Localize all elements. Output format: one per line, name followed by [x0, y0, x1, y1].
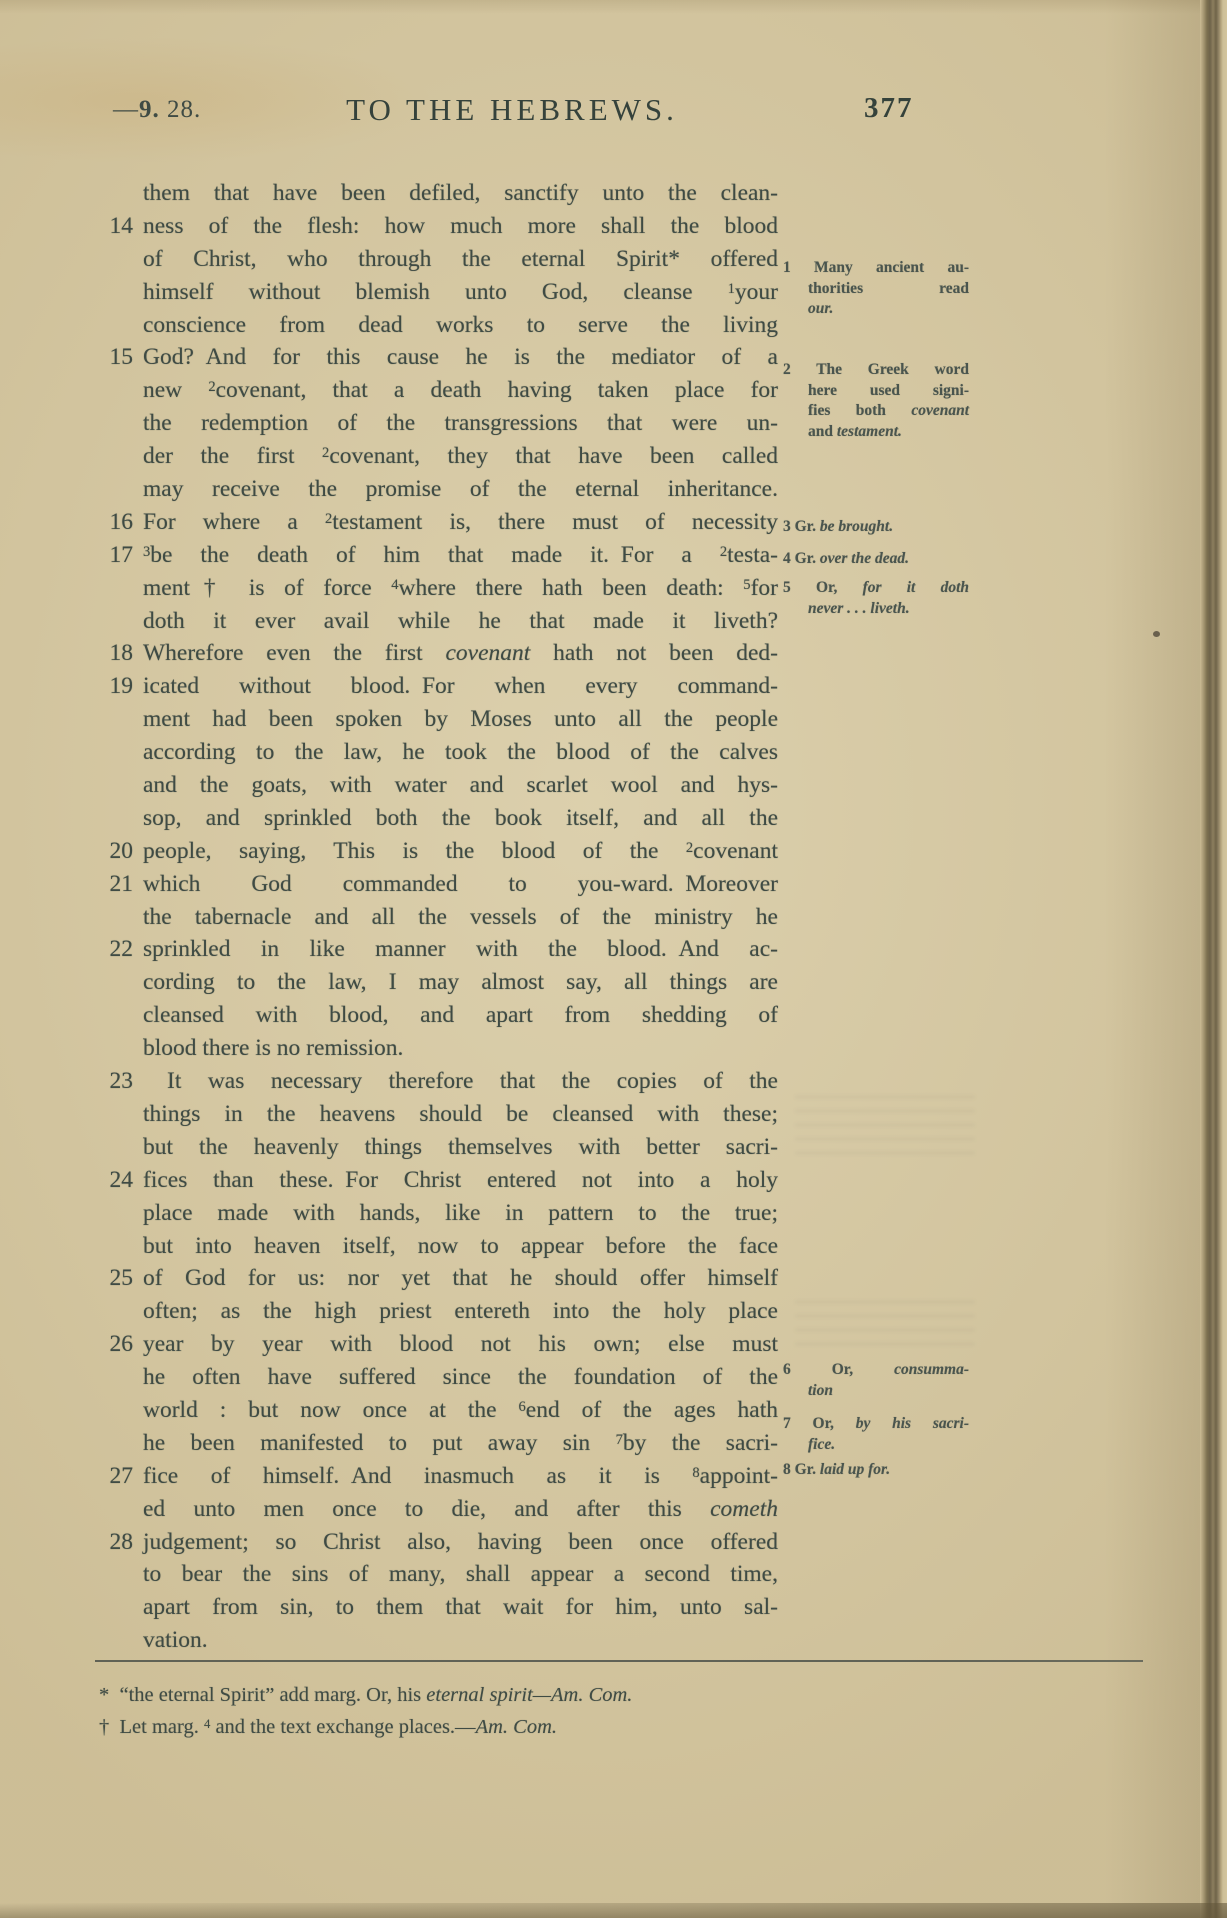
verse-number: 24 [95, 1167, 133, 1194]
verse-text: but into heaven itself, now to appear be… [143, 1233, 778, 1260]
ink-speck [1153, 631, 1160, 637]
text-segment: Gr. [795, 1461, 820, 1478]
text-line: them that have been defiled, sanctify un… [95, 180, 778, 213]
text-segment: them that have been defiled, sanctify un… [143, 180, 778, 206]
text-segment: may receive the promise of the eternal i… [143, 476, 778, 502]
text-line: conscience from dead works to serve the … [95, 312, 778, 345]
verse-text: and the goats, with water and scarlet wo… [143, 772, 778, 799]
verse-text: himself without blemish unto God, cleans… [143, 279, 778, 306]
text-segment: icated without blood. For when every com… [143, 673, 778, 699]
verse-text: people, saying, This is the blood of the… [143, 838, 778, 865]
text-line: often; as the high priest entereth into … [95, 1298, 778, 1331]
superscript-ref: 2 [720, 544, 727, 560]
text-line: but the heavenly things themselves with … [95, 1134, 778, 1167]
margin-note: 6 Or, consumma-tion [783, 1360, 969, 1401]
text-line: things in the heavens should be cleansed… [95, 1101, 778, 1134]
text-segment: eternal spirit—Am. Com. [426, 1684, 632, 1706]
superscript-ref: 4 [204, 1717, 210, 1731]
margin-note-line: fies both covenant [783, 401, 969, 422]
text-segment: Gr. [795, 550, 820, 567]
page-number: 377 [864, 92, 914, 125]
verse-text: blood there is no remission. [143, 1035, 778, 1062]
text-segment: 28. [160, 96, 202, 123]
verse-text: vation. [143, 1627, 778, 1654]
verse-text: the tabernacle and all the vessels of th… [143, 904, 778, 931]
text-line: 24fices than these. For Christ entered n… [95, 1167, 778, 1200]
margin-note-line: 8 Gr. laid up for. [783, 1460, 969, 1481]
text-segment: ness of the flesh: how much more shall t… [143, 213, 778, 239]
margin-note-line: 1 Many ancient au- [783, 258, 969, 279]
margin-note: 7 Or, by his sacri-fice. [783, 1414, 969, 1455]
verse-text: according to the law, he took the blood … [143, 739, 778, 766]
text-segment: Or, [832, 1361, 894, 1378]
text-line: 19icated without blood. For when every c… [95, 673, 778, 706]
footnote-dagger: † Let marg. 4 and the text exchange plac… [99, 1716, 1109, 1739]
text-segment: fice of himself. And inasmuch as it is [143, 1463, 692, 1489]
verse-number: 28 [95, 1529, 133, 1556]
verse-text: may receive the promise of the eternal i… [143, 476, 778, 503]
text-segment: fice. [808, 1436, 835, 1453]
text-segment: hath not been ded- [530, 640, 778, 666]
text-segment: blood there is no remission. [143, 1035, 403, 1061]
text-segment: he often have suffered since the foundat… [143, 1364, 778, 1390]
margin-note-line: never . . . liveth. [783, 599, 969, 620]
margin-note: 5 Or, for it dothnever . . . liveth. [783, 578, 969, 619]
text-segment: laid up for. [820, 1461, 890, 1478]
show-through-smudge [795, 1300, 975, 1356]
text-segment: our. [808, 300, 833, 317]
verse-text: year by year with blood not his own; els… [143, 1331, 778, 1358]
margin-note: 8 Gr. laid up for. [783, 1460, 969, 1481]
text-segment: where there hath been death: [399, 575, 744, 601]
margin-note-number: 2 [783, 361, 816, 378]
text-segment: appoint- [700, 1463, 778, 1489]
text-segment: For where a [143, 509, 325, 535]
verse-text: ment† is of force 4where there hath been… [143, 575, 778, 602]
text-line: doth it ever avail while he that made it… [95, 608, 778, 641]
text-line: cleansed with blood, and apart from shed… [95, 1002, 778, 1035]
text-segment: he been manifested to put away sin [143, 1430, 616, 1456]
margin-note-line: 3 Gr. be brought. [783, 517, 969, 538]
text-line: 22sprinkled in like manner with the bloo… [95, 936, 778, 969]
verse-number: 22 [95, 936, 133, 963]
verse-number: 16 [95, 509, 133, 536]
text-line: 15God? And for this cause he is the medi… [95, 344, 778, 377]
margin-note: 3 Gr. be brought. [783, 517, 969, 538]
verse-text: judgement; so Christ also, having been o… [143, 1529, 778, 1556]
text-line: 23It was necessary therefore that the co… [95, 1068, 778, 1101]
text-line: 27fice of himself. And inasmuch as it is… [95, 1463, 778, 1496]
verse-text: them that have been defiled, sanctify un… [143, 180, 778, 207]
text-line: ment had been spoken by Moses unto all t… [95, 706, 778, 739]
margin-note-line: our. [783, 299, 969, 320]
superscript-ref: 6 [519, 1399, 526, 1415]
verse-text: cording to the law, I may almost say, al… [143, 969, 778, 996]
text-segment: Gr. [795, 518, 820, 535]
margin-note-number: 5 [783, 579, 816, 596]
text-segment: consumma- [894, 1361, 969, 1378]
text-line: new 2covenant, that a death having taken… [95, 377, 778, 410]
text-segment: Wherefore even the first [143, 640, 445, 666]
text-line: of Christ, who through the eternal Spiri… [95, 246, 778, 279]
verse-text: God? And for this cause he is the mediat… [143, 344, 778, 371]
text-segment: tion [808, 1382, 833, 1399]
text-segment: fices than these. For Christ entered not… [143, 1167, 778, 1193]
text-segment: never . . . liveth. [808, 600, 910, 617]
text-line: ment† is of force 4where there hath been… [95, 575, 778, 608]
text-line: may receive the promise of the eternal i… [95, 476, 778, 509]
text-line: 20people, saying, This is the blood of t… [95, 838, 778, 871]
text-segment: world : but now once at the [143, 1397, 519, 1423]
text-segment: to bear the sins of many, shall appear a… [143, 1561, 778, 1587]
text-line: and the goats, with water and scarlet wo… [95, 772, 778, 805]
text-segment: testament. [837, 423, 902, 440]
superscript-ref: 5 [743, 577, 750, 593]
text-segment: sprinkled in like manner with the blood.… [143, 936, 778, 962]
footnote-asterisk: * “the eternal Spirit” add marg. Or, his… [99, 1684, 1109, 1707]
verse-number: 17 [95, 542, 133, 569]
margin-note-line: here used signi- [783, 381, 969, 402]
verse-number: 21 [95, 871, 133, 898]
verse-text: ness of the flesh: how much more shall t… [143, 213, 778, 240]
verse-number: 14 [95, 213, 133, 240]
superscript-ref: 3 [143, 544, 150, 560]
text-segment: but the heavenly things themselves with … [143, 1134, 778, 1160]
text-segment: according to the law, he took the blood … [143, 739, 778, 765]
text-line: der the first 2covenant, they that have … [95, 443, 778, 476]
verse-text: sop, and sprinkled both the book itself,… [143, 805, 778, 832]
text-segment: covenant [445, 640, 530, 666]
text-segment: himself without blemish unto God, cleans… [143, 279, 728, 305]
margin-note-line: and testament. [783, 422, 969, 443]
text-segment: of Christ, who through the eternal Spiri… [143, 246, 778, 272]
margin-note-number: 4 [783, 550, 795, 567]
verse-text: place made with hands, like in pattern t… [143, 1200, 778, 1227]
verse-text: icated without blood. For when every com… [143, 673, 778, 700]
verse-text: of Christ, who through the eternal Spiri… [143, 246, 778, 273]
text-segment: testa- [727, 542, 778, 568]
text-segment: covenant [693, 838, 778, 864]
text-segment: Am. Com. [476, 1716, 557, 1738]
margin-note-line: 2 The Greek word [783, 360, 969, 381]
text-segment: which God commanded to you-ward. Moreove… [143, 871, 778, 897]
verse-text: ed unto men once to die, and after this … [143, 1496, 778, 1523]
text-segment: cording to the law, I may almost say, al… [143, 969, 778, 995]
text-segment: It was necessary therefore that the copi… [167, 1068, 778, 1094]
verse-text: he been manifested to put away sin 7by t… [143, 1430, 778, 1457]
text-line: blood there is no remission. [95, 1035, 778, 1068]
verse-number: 26 [95, 1331, 133, 1358]
text-line: he often have suffered since the foundat… [95, 1364, 778, 1397]
text-segment: Or, [813, 1415, 856, 1432]
text-line: 25of God for us: nor yet that he should … [95, 1265, 778, 1298]
verse-text: world : but now once at the 6end of the … [143, 1397, 778, 1424]
verse-number: 27 [95, 1463, 133, 1490]
text-segment: Many ancient au- [814, 259, 969, 276]
verse-text: things in the heavens should be cleansed… [143, 1101, 778, 1128]
margin-note-number: 3 [783, 518, 795, 535]
verse-text: doth it ever avail while he that made it… [143, 608, 778, 635]
text-segment: and the text exchange places.— [210, 1716, 475, 1738]
superscript-ref: 1 [728, 281, 735, 297]
verse-number: 18 [95, 640, 133, 667]
text-line: apart from sin, to them that wait for hi… [95, 1594, 778, 1627]
text-segment: † Let marg. [99, 1716, 204, 1738]
verse-text: new 2covenant, that a death having taken… [143, 377, 778, 404]
verse-text: It was necessary therefore that the copi… [143, 1068, 778, 1095]
text-segment: by the sacri- [623, 1430, 778, 1456]
text-segment: and [808, 423, 837, 440]
text-segment: fies both [808, 402, 911, 419]
text-line: vation. [95, 1627, 778, 1660]
text-segment: by his sacri- [856, 1415, 969, 1432]
text-segment: end of the ages hath [526, 1397, 778, 1423]
verse-number: 20 [95, 838, 133, 865]
margin-note-line: 5 Or, for it doth [783, 578, 969, 599]
superscript-ref: 8 [692, 1465, 699, 1481]
main-text-column: them that have been defiled, sanctify un… [95, 180, 778, 1660]
margin-note: 2 The Greek wordhere used signi-fies bot… [783, 360, 969, 442]
verse-text: cleansed with blood, and apart from shed… [143, 1002, 778, 1029]
book-page-edge-right [1200, 0, 1227, 1918]
verse-text: the redemption of the transgressions tha… [143, 410, 778, 437]
verse-text: 3be the death of him that made it. For a… [143, 542, 778, 569]
text-line: ed unto men once to die, and after this … [95, 1496, 778, 1529]
verse-text: fice of himself. And inasmuch as it is 8… [143, 1463, 778, 1490]
text-segment: ment had been spoken by Moses unto all t… [143, 706, 778, 732]
margin-note: 4 Gr. over the dead. [783, 549, 969, 570]
text-segment: place made with hands, like in pattern t… [143, 1200, 778, 1226]
text-line: 14ness of the flesh: how much more shall… [95, 213, 778, 246]
margin-note-line: fice. [783, 1435, 969, 1456]
text-segment: ed unto men once to die, and after this [143, 1496, 710, 1522]
text-segment: doth it ever avail while he that made it… [143, 608, 778, 634]
margin-note-line: tion [783, 1381, 969, 1402]
text-segment: for it doth [863, 579, 969, 596]
text-segment: 9. [139, 96, 160, 123]
text-line: to bear the sins of many, shall appear a… [95, 1561, 778, 1594]
verse-text: to bear the sins of many, shall appear a… [143, 1561, 778, 1588]
verse-text: which God commanded to you-ward. Moreove… [143, 871, 778, 898]
verse-text: der the first 2covenant, they that have … [143, 443, 778, 470]
superscript-ref: 2 [208, 379, 215, 395]
text-line: according to the law, he took the blood … [95, 739, 778, 772]
verse-text: but the heavenly things themselves with … [143, 1134, 778, 1161]
text-segment: be brought. [820, 518, 893, 535]
text-line: 16For where a 2testament is, there must … [95, 509, 778, 542]
verse-number: 19 [95, 673, 133, 700]
text-segment: year by year with blood not his own; els… [143, 1331, 778, 1357]
text-segment: but into heaven itself, now to appear be… [143, 1233, 778, 1259]
text-segment: your [735, 279, 778, 305]
text-segment: sop, and sprinkled both the book itself,… [143, 805, 778, 831]
text-segment: conscience from dead works to serve the … [143, 312, 778, 338]
verse-text: fices than these. For Christ entered not… [143, 1167, 778, 1194]
verse-number: 23 [95, 1068, 133, 1095]
superscript-ref: 4 [391, 577, 398, 593]
verse-text: ment had been spoken by Moses unto all t… [143, 706, 778, 733]
text-line: 26year by year with blood not his own; e… [95, 1331, 778, 1364]
text-segment: der the first [143, 443, 322, 469]
margin-note-number: 1 [783, 259, 814, 276]
text-segment: people, saying, This is the blood of the [143, 838, 686, 864]
text-segment: testament is, there must of necessity [332, 509, 778, 535]
text-segment: covenant, they that have been called [329, 443, 778, 469]
margin-note-line: 4 Gr. over the dead. [783, 549, 969, 570]
text-segment: apart from sin, to them that wait for hi… [143, 1594, 778, 1620]
verse-number: 25 [95, 1265, 133, 1292]
book-page-scan: —9. 28. TO THE HEBREWS. 377 them that ha… [0, 0, 1227, 1918]
text-segment: of God for us: nor yet that he should of… [143, 1265, 778, 1291]
text-segment: ment† is of force [143, 575, 391, 601]
text-line: place made with hands, like in pattern t… [95, 1200, 778, 1233]
text-segment: * “the eternal Spirit” add marg. Or, his [99, 1684, 426, 1706]
margin-note-line: thorities read [783, 279, 969, 300]
text-segment: The Greek word [816, 361, 969, 378]
text-line: 21which God commanded to you-ward. Moreo… [95, 871, 778, 904]
text-line: the tabernacle and all the vessels of th… [95, 904, 778, 937]
text-line: cording to the law, I may almost say, al… [95, 969, 778, 1002]
margin-note-number: 6 [783, 1361, 832, 1378]
text-segment: here used signi- [808, 382, 969, 399]
text-segment: for [751, 575, 778, 601]
text-segment: over the dead. [820, 550, 909, 567]
text-segment: cometh [710, 1496, 778, 1522]
text-line: but into heaven itself, now to appear be… [95, 1233, 778, 1266]
text-line: world : but now once at the 6end of the … [95, 1397, 778, 1430]
footnote-divider-rule [95, 1660, 1143, 1662]
text-segment: be the death of him that made it. For a [150, 542, 720, 568]
text-line: himself without blemish unto God, cleans… [95, 279, 778, 312]
text-segment: covenant [911, 402, 969, 419]
header-chapter-verse: —9. 28. [113, 96, 201, 124]
verse-number: 15 [95, 344, 133, 371]
text-segment: cleansed with blood, and apart from shed… [143, 1002, 778, 1028]
text-segment: the redemption of the transgressions tha… [143, 410, 778, 436]
text-line: 28judgement; so Christ also, having been… [95, 1529, 778, 1562]
text-segment: thorities read [808, 280, 969, 297]
margin-note-line: 6 Or, consumma- [783, 1360, 969, 1381]
text-segment: vation. [143, 1627, 208, 1653]
text-segment: and the goats, with water and scarlet wo… [143, 772, 778, 798]
text-segment: judgement; so Christ also, having been o… [143, 1529, 778, 1555]
margin-note-line: 7 Or, by his sacri- [783, 1414, 969, 1435]
margin-note-number: 8 [783, 1461, 795, 1478]
book-page-edge-bottom [0, 1903, 1227, 1918]
text-line: 173be the death of him that made it. For… [95, 542, 778, 575]
verse-text: Wherefore even the first covenant hath n… [143, 640, 778, 667]
text-segment: the tabernacle and all the vessels of th… [143, 904, 778, 930]
text-segment: new [143, 377, 208, 403]
superscript-ref: 2 [325, 511, 332, 527]
text-segment: God? And for this cause he is the mediat… [143, 344, 778, 370]
text-segment: often; as the high priest entereth into … [143, 1298, 778, 1324]
text-line: he been manifested to put away sin 7by t… [95, 1430, 778, 1463]
superscript-ref: 2 [322, 445, 329, 461]
page-title: TO THE HEBREWS. [346, 92, 678, 128]
text-segment: covenant, that a death having taken plac… [216, 377, 778, 403]
verse-text: sprinkled in like manner with the blood.… [143, 936, 778, 963]
verse-text: apart from sin, to them that wait for hi… [143, 1594, 778, 1621]
margin-note: 1 Many ancient au-thorities readour. [783, 258, 969, 320]
margin-note-number: 7 [783, 1415, 813, 1432]
text-segment: Or, [816, 579, 863, 596]
verse-text: conscience from dead works to serve the … [143, 312, 778, 339]
verse-text: For where a 2testament is, there must of… [143, 509, 778, 536]
text-line: the redemption of the transgressions tha… [95, 410, 778, 443]
text-segment: things in the heavens should be cleansed… [143, 1101, 778, 1127]
superscript-ref: 2 [686, 840, 693, 856]
verse-text: of God for us: nor yet that he should of… [143, 1265, 778, 1292]
superscript-ref: 7 [616, 1432, 623, 1448]
text-line: 18Wherefore even the first covenant hath… [95, 640, 778, 673]
show-through-smudge [795, 1095, 975, 1165]
text-segment: — [113, 96, 139, 123]
verse-text: often; as the high priest entereth into … [143, 1298, 778, 1325]
verse-text: he often have suffered since the foundat… [143, 1364, 778, 1391]
text-line: sop, and sprinkled both the book itself,… [95, 805, 778, 838]
